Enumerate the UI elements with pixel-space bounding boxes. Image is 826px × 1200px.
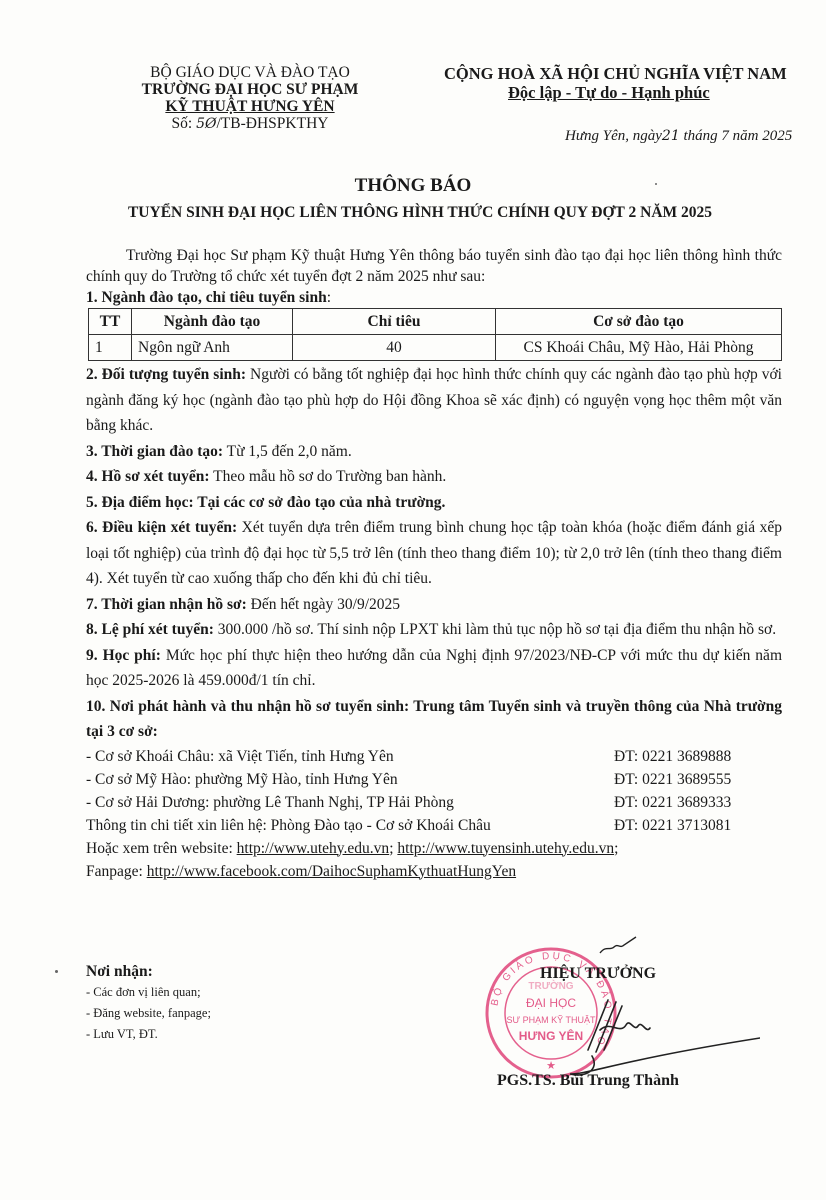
document-title: THÔNG BÁO	[0, 175, 826, 197]
university-name-line1: TRƯỜNG ĐẠI HỌC SƯ PHẠM	[95, 81, 405, 98]
quota-table: TT Ngành đào tạo Chỉ tiêu Cơ sở đào tạo …	[88, 308, 782, 361]
contact-row: - Cơ sở Khoái Châu: xã Việt Tiến, tỉnh H…	[86, 745, 782, 768]
ministry-name: BỘ GIÁO DỤC VÀ ĐÀO TẠO	[95, 64, 405, 81]
initial-mark-icon	[598, 935, 638, 957]
issue-date: Hưng Yên, ngày21 tháng 7 năm 2025	[565, 128, 792, 145]
website-link-tuyensinh[interactable]: http://www.tuyensinh.utehy.edu.vn	[397, 840, 614, 857]
section-2: 2. Đối tượng tuyển sinh: Người có bằng t…	[86, 362, 782, 439]
recipient-item: - Lưu VT, ĐT.	[86, 1024, 211, 1045]
fanpage-line: Fanpage: http://www.facebook.com/DaihocS…	[86, 860, 782, 883]
contact-row: Thông tin chi tiết xin liên hệ: Phòng Đà…	[86, 814, 782, 837]
handwritten-number: 5Ø	[196, 116, 216, 132]
section-9: 9. Học phí: Mức học phí thực hiện theo h…	[86, 643, 782, 694]
section-8: 8. Lệ phí xét tuyển: 300.000 /hồ sơ. Thí…	[86, 617, 782, 643]
phone-number: ĐT: 0221 3713081	[614, 814, 782, 837]
cell-tt: 1	[89, 335, 132, 361]
contact-row: - Cơ sở Mỹ Hào: phường Mỹ Hào, tỉnh Hưng…	[86, 768, 782, 791]
handwritten-signature-icon	[530, 990, 760, 1080]
fanpage-link[interactable]: http://www.facebook.com/DaihocSuphamKyth…	[147, 863, 516, 880]
contact-row: - Cơ sở Hải Dương: phường Lê Thanh Nghị,…	[86, 791, 782, 814]
signatory-name: PGS.TS. Bùi Trung Thành	[497, 1072, 679, 1090]
university-name-line2: KỸ THUẬT HƯNG YÊN	[95, 98, 405, 115]
recipient-item: - Các đơn vị liên quan;	[86, 982, 211, 1003]
section-4: 4. Hồ sơ xét tuyển: Theo mẫu hồ sơ do Tr…	[86, 464, 782, 490]
phone-number: ĐT: 0221 3689555	[614, 768, 782, 791]
document-number: Số: 5Ø/TB-ĐHSPKTHY	[95, 115, 405, 133]
cell-major: Ngôn ngữ Anh	[132, 335, 293, 361]
section-1-heading: 1. Ngành đào tạo, chỉ tiêu tuyển sinh:	[86, 287, 782, 308]
website-line: Hoặc xem trên website: http://www.utehy.…	[86, 837, 782, 860]
section-7: 7. Thời gian nhận hồ sơ: Đến hết ngày 30…	[86, 592, 782, 618]
phone-number: ĐT: 0221 3689888	[614, 745, 782, 768]
scan-speck	[55, 970, 58, 973]
table-header-row: TT Ngành đào tạo Chỉ tiêu Cơ sở đào tạo	[89, 309, 782, 335]
section-6: 6. Điều kiện xét tuyển: Xét tuyển dựa tr…	[86, 515, 782, 592]
recipients-block: Nơi nhận: - Các đơn vị liên quan; - Đăng…	[86, 962, 211, 1045]
signatory-title: HIỆU TRƯỞNG	[540, 965, 656, 983]
table-row: 1 Ngôn ngữ Anh 40 CS Khoái Châu, Mỹ Hào,…	[89, 335, 782, 361]
column-header-major: Ngành đào tạo	[132, 309, 293, 335]
section-5: 5. Địa điểm học: Tại các cơ sở đào tạo c…	[86, 490, 782, 516]
document-subtitle: TUYỂN SINH ĐẠI HỌC LIÊN THÔNG HÌNH THỨC …	[0, 204, 826, 222]
cell-campus: CS Khoái Châu, Mỹ Hào, Hải Phòng	[496, 335, 782, 361]
recipients-heading: Nơi nhận:	[86, 962, 211, 982]
handwritten-day: 21	[662, 128, 680, 144]
issuing-authority-block: BỘ GIÁO DỤC VÀ ĐÀO TẠO TRƯỜNG ĐẠI HỌC SƯ…	[95, 64, 405, 133]
column-header-tt: TT	[89, 309, 132, 335]
intro-paragraph: Trường Đại học Sư phạm Kỹ thuật Hưng Yên…	[86, 245, 782, 287]
contact-list: - Cơ sở Khoái Châu: xã Việt Tiến, tỉnh H…	[86, 745, 782, 837]
country-name: CỘNG HOÀ XÃ HỘI CHỦ NGHĨA VIỆT NAM	[430, 64, 826, 83]
national-header-block: CỘNG HOÀ XÃ HỘI CHỦ NGHĨA VIỆT NAM Độc l…	[430, 64, 826, 102]
recipient-item: - Đăng website, fanpage;	[86, 1003, 211, 1024]
section-3: 3. Thời gian đào tạo: Từ 1,5 đến 2,0 năm…	[86, 439, 782, 465]
national-motto: Độc lập - Tự do - Hạnh phúc	[430, 83, 826, 102]
section-10: 10. Nơi phát hành và thu nhận hồ sơ tuyể…	[86, 694, 782, 745]
phone-number: ĐT: 0221 3689333	[614, 791, 782, 814]
column-header-campus: Cơ sở đào tạo	[496, 309, 782, 335]
scan-speck	[655, 183, 657, 185]
column-header-quota: Chỉ tiêu	[293, 309, 496, 335]
document-body: Trường Đại học Sư phạm Kỹ thuật Hưng Yên…	[86, 245, 782, 883]
cell-quota: 40	[293, 335, 496, 361]
website-link-utehy[interactable]: http://www.utehy.edu.vn	[237, 840, 390, 857]
